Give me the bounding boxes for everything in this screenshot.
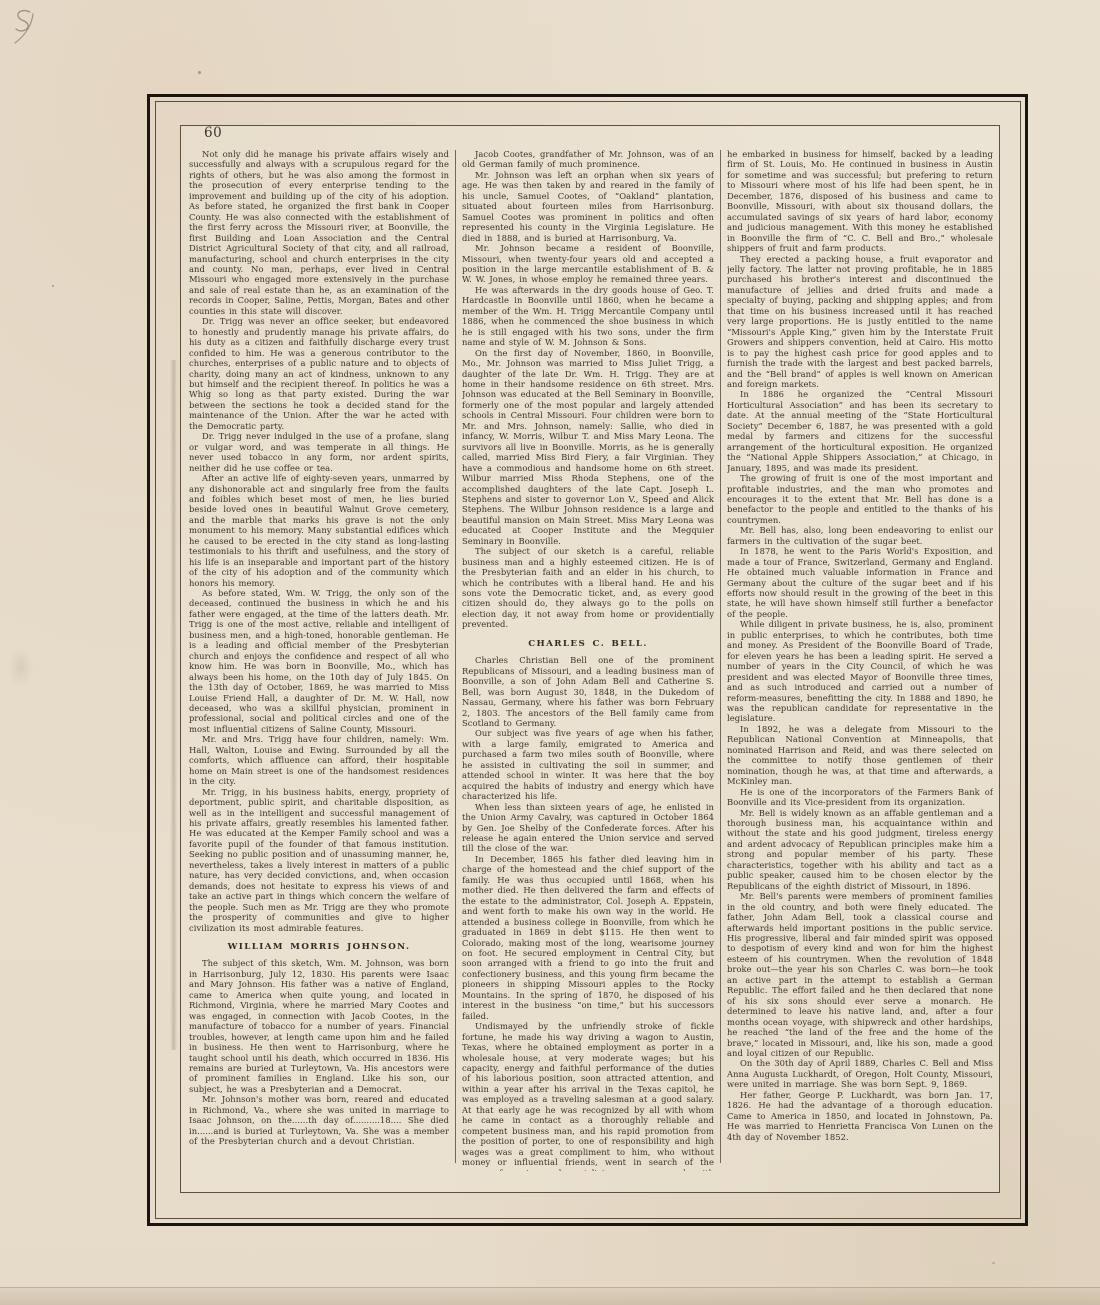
text-column-2: Jacob Cootes, grandfather of Mr. Johnson…: [462, 149, 714, 1171]
paper-speck: [52, 285, 54, 287]
page-number: 60: [204, 125, 222, 141]
paragraph: Dr. Trigg was never an office seeker, bu…: [189, 316, 449, 431]
paragraph: In 1892, he was a delegate from Missouri…: [727, 724, 993, 787]
paragraph: As before stated, Wm. W. Trigg, the only…: [189, 588, 449, 734]
paragraph-continuation: he embarked in business for himself, bac…: [727, 149, 993, 254]
text-column-1: Not only did he manage his private affai…: [189, 149, 449, 1171]
paragraph: Mr. Bell has, also, long been endeavorin…: [727, 525, 993, 546]
pencil-mark: [4, 6, 46, 56]
section-heading-william-morris-johnson: WILLIAM MORRIS JOHNSON.: [189, 942, 449, 952]
column-rule: [720, 150, 721, 1163]
paper-smudge: [8, 648, 34, 688]
paragraph: They erected a packing house, a fruit ev…: [727, 254, 993, 390]
paragraph: Mr. Bell is widely known as an affable g…: [727, 808, 993, 892]
paragraph: Jacob Cootes, grandfather of Mr. Johnson…: [462, 149, 714, 170]
paragraph: Dr. Trigg never indulged in the use of a…: [189, 431, 449, 473]
paragraph: Undismayed by the unfriendly stroke of f…: [462, 1021, 714, 1171]
scan-fold-shadow: [170, 360, 177, 1050]
text-column-3: he embarked in business for himself, bac…: [727, 149, 993, 1171]
text-columns: Not only did he manage his private affai…: [189, 149, 993, 1171]
paragraph: Her father, George P. Luckhardt, was bor…: [727, 1090, 993, 1142]
paragraph: He was afterwards in the dry goods house…: [462, 285, 714, 348]
paragraph: In 1886 he organized the “Central Missou…: [727, 389, 993, 473]
paragraph: Mr. Johnson's mother was born, reared an…: [189, 1094, 449, 1146]
section-heading-charles-c-bell: CHARLES C. BELL.: [462, 639, 714, 649]
paragraph: In 1878, he went to the Paris World's Ex…: [727, 546, 993, 619]
paragraph: Not only did he manage his private affai…: [189, 149, 449, 316]
paragraph: Mr. Johnson was left an orphan when six …: [462, 170, 714, 243]
paragraph: Charles Christian Bell one of the promin…: [462, 655, 714, 728]
paper-speck: [992, 1262, 995, 1264]
paragraph: Mr. Bell's parents were members of promi…: [727, 891, 993, 1058]
paragraph: On the first day of November, 1860, in B…: [462, 348, 714, 547]
paragraph: On the 30th day of April 1889, Charles C…: [727, 1058, 993, 1089]
paragraph: In December, 1865 his father died leavin…: [462, 854, 714, 1021]
scanned-book-page: { "page": { "number": "60" }, "annotatio…: [0, 0, 1100, 1305]
paragraph: Mr. and Mrs. Trigg have four children, n…: [189, 734, 449, 786]
column-rule: [455, 150, 456, 1163]
paragraph: The subject of this sketch, Wm. M. Johns…: [189, 958, 449, 1094]
paragraph: After an active life of eighty-seven yea…: [189, 473, 449, 588]
paragraph: When less than sixteen years of age, he …: [462, 802, 714, 854]
page-bottom-edge: [0, 1287, 1100, 1305]
paragraph: Mr. Trigg, in his business habits, energ…: [189, 787, 449, 933]
paragraph: The growing of fruit is one of the most …: [727, 473, 993, 525]
paragraph: Mr. Johnson became a resident of Boonvil…: [462, 243, 714, 285]
paragraph: While diligent in private business, he i…: [727, 619, 993, 724]
paragraph: The subject of our sketch is a careful, …: [462, 546, 714, 630]
paragraph: Our subject was five years of age when h…: [462, 728, 714, 801]
paper-speck: [198, 71, 201, 74]
paragraph: He is one of the incorporators of the Fa…: [727, 787, 993, 808]
